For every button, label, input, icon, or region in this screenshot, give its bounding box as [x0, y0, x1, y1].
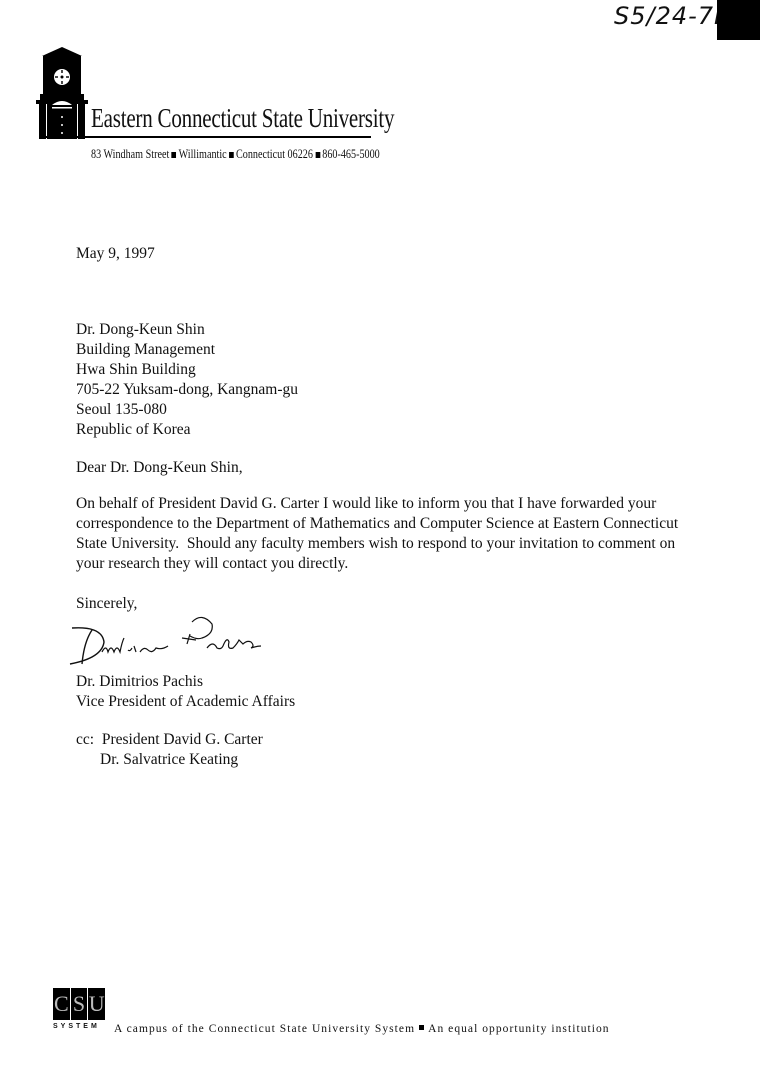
bullet-square-icon [172, 152, 177, 158]
letterhead-rule [40, 136, 371, 138]
recipient-line: Building Management [76, 340, 298, 360]
letter-body-paragraph: On behalf of President David G. Carter I… [76, 494, 716, 574]
bullet-square-icon [315, 152, 320, 158]
closing: Sincerely, [76, 594, 137, 614]
signer-title: Vice President of Academic Affairs [76, 692, 295, 712]
eeo-text: An equal opportunity institution [428, 1023, 610, 1035]
bullet-square-icon [229, 152, 234, 158]
body-line: State University. Should any faculty mem… [76, 534, 716, 554]
recipient-line: 705-22 Yuksam-dong, Kangnam-gu [76, 380, 298, 400]
cc-label: cc: [76, 731, 94, 748]
recipient-address: Dr. Dong-Keun Shin Building Management H… [76, 320, 298, 440]
scan-corner-mark [717, 0, 760, 40]
logo-letter: S [71, 988, 88, 1020]
letter-date: May 9, 1997 [76, 244, 155, 264]
address-street: 83 Windham Street [91, 146, 169, 161]
signer-block: Dr. Dimitrios Pachis Vice President of A… [76, 672, 295, 712]
cc-recipient: President David G. Carter [102, 731, 263, 748]
recipient-line: Republic of Korea [76, 420, 298, 440]
csu-system-logo: C S U [53, 988, 105, 1020]
cc-recipient: Dr. Salvatrice Keating [76, 750, 263, 770]
clock-tower-icon [36, 47, 88, 139]
footer-text: A campus of the Connecticut State Univer… [114, 1023, 610, 1035]
salutation: Dear Dr. Dong-Keun Shin, [76, 458, 243, 478]
logo-caption: SYSTEM [53, 1023, 100, 1030]
body-line: your research they will contact you dire… [76, 554, 716, 574]
campus-text: A campus of the Connecticut State Univer… [114, 1023, 415, 1035]
bullet-square-icon [419, 1025, 424, 1030]
logo-letter: U [88, 988, 105, 1020]
letterhead-address: 83 Windham StreetWillimanticConnecticut … [91, 146, 380, 162]
body-line: correspondence to the Department of Math… [76, 514, 716, 534]
signer-name: Dr. Dimitrios Pachis [76, 672, 295, 692]
address-city: Willimantic [179, 146, 227, 161]
handwritten-reference: S5/24-7L [614, 2, 728, 30]
recipient-line: Hwa Shin Building [76, 360, 298, 380]
address-state-zip: Connecticut 06226 [236, 146, 313, 161]
signature [62, 612, 272, 673]
recipient-line: Seoul 135-080 [76, 400, 298, 420]
recipient-line: Dr. Dong-Keun Shin [76, 320, 298, 340]
body-line: On behalf of President David G. Carter I… [76, 494, 716, 514]
university-name: Eastern Connecticut State University [91, 103, 394, 134]
logo-letter: C [53, 988, 70, 1020]
address-phone: 860-465-5000 [322, 146, 379, 161]
cc-block: cc: President David G. Carter Dr. Salvat… [76, 730, 263, 770]
